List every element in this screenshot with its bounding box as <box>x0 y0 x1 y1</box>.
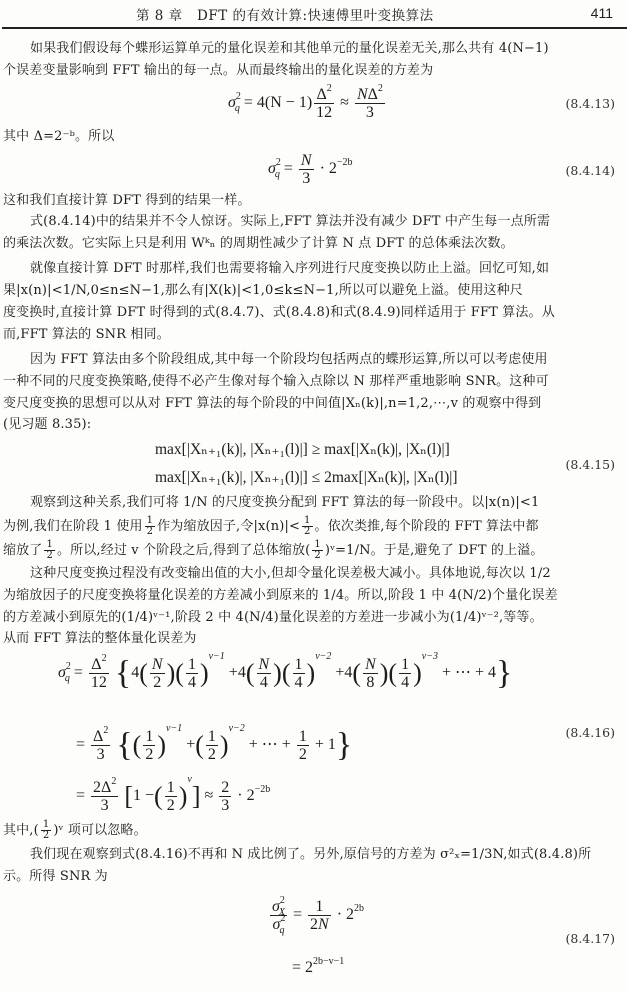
paragraph-line: 如果我们假设每个蝶形运算单元的量化误差和其他单元的量化误差无关,那么共有 4(N… <box>30 39 549 59</box>
page-number: 411 <box>591 5 613 21</box>
paragraph-line: 这种尺度变换过程没有改变输出值的大小,但却令量化误差极大减小。具体地说,每次以 … <box>30 564 551 584</box>
fraction: NΔ23 <box>355 86 385 121</box>
equation-number: (8.4.16) <box>565 725 615 740</box>
fraction-one-half: 12 <box>302 516 313 537</box>
paragraph-line: 为缩放因子的尺度变换将量化误差的方差减小到原来的 1/4。所以,阶段 1 中 4… <box>3 586 558 606</box>
paragraph-line: 观察到这种关系,我们可将 1/N 的尺度变换分配到 FFT 算法的每一阶段中。以… <box>30 493 539 513</box>
paragraph-line: 这和我们直接计算 DFT 得到的结果一样。 <box>3 191 251 211</box>
paragraph-line: 为例,我们在阶段 1 使用12作为缩放因子,令|x(n)|<12。依次类推,每个… <box>3 516 539 537</box>
paragraph-line: 一种不同的尺度变换策略,使得不必产生像对每个输入点除以 N 那样严重地影响 SN… <box>3 372 549 392</box>
chapter-title: 第 8 章 DFT 的有效计算:快速傅里叶变换算法 <box>136 4 434 24</box>
paragraph-line: 而,FFT 算法的 SNR 相同。 <box>3 325 170 345</box>
equation-8-4-16-line-2: = Δ23 {(12)v−1 +(12)v−2 + ⋯ + 12 + 1} <box>76 728 352 763</box>
fraction-one-half: 12 <box>41 820 52 841</box>
paragraph-line: 其中,(12)ᵛ 项可以忽略。 <box>3 820 147 841</box>
paragraph-line: 变尺度变换的思想可以从对 FFT 算法的每个阶段的中间值|Xₙ(k)|,n=1,… <box>3 394 541 414</box>
fraction: N3 <box>299 152 314 187</box>
equation-number: (8.4.13) <box>565 96 615 111</box>
equation-8-4-16-line-1: σ2q = Δ212 {4(N2)(14)v−1 +4(N4)(14)v−2 +… <box>58 656 512 691</box>
paragraph-line: 就像直接计算 DFT 时那样,我们也需要将输入序列进行尺度变换以防止上溢。回忆可… <box>30 259 549 279</box>
chapter-heading: DFT 的有效计算:快速傅里叶变换算法 <box>197 8 434 24</box>
paragraph-line: 果|x(n)|<1/N,0≤n≤N−1,那么有|X(k)|<1,0≤k≤N−1,… <box>3 281 523 301</box>
paragraph-line: 示。所得 SNR 为 <box>3 867 108 887</box>
equation-8-4-15-line-1: max[|Xₙ₊₁(k)|, |Xₙ₊₁(l)|] ≥ max[|Xₙ(k)|,… <box>155 440 450 460</box>
chapter-label: 第 8 章 <box>136 8 183 24</box>
paragraph-line: 其中 Δ=2⁻ᵇ。所以 <box>3 127 114 147</box>
paragraph-line: 的乘法次数。它实际上只是利用 Wᵏₙ 的周期性减少了计算 N 点 DFT 的总体… <box>3 234 514 254</box>
equation-number: (8.4.15) <box>565 457 615 472</box>
running-header: 第 8 章 DFT 的有效计算:快速傅里叶变换算法 411 <box>0 4 627 26</box>
equation-8-4-14: σ2q = N3 · 2−2b <box>268 152 353 187</box>
equation-8-4-15-line-2: max[|Xₙ₊₁(k)|, |Xₙ₊₁(l)|] ≤ 2max[|Xₙ(k)|… <box>155 468 458 488</box>
header-divider <box>2 27 627 29</box>
equation-8-4-17-line-1: σ2Xσ2q = 12N · 22b <box>268 898 364 933</box>
paragraph-line: 式(8.4.14)中的结果并不令人惊讶。实际上,FFT 算法并没有减少 DFT … <box>30 212 550 232</box>
fraction-one-half: 12 <box>145 516 156 537</box>
document-page: 第 8 章 DFT 的有效计算:快速傅里叶变换算法 411 如果我们假设每个蝶形… <box>0 0 627 991</box>
fraction-one-half: 12 <box>312 540 323 561</box>
paragraph-line: 我们现在观察到式(8.4.16)不再和 N 成比例了。另外,原信号的方差为 σ²… <box>30 845 591 865</box>
fraction-one-half: 12 <box>44 540 55 561</box>
equation-number: (8.4.14) <box>565 163 615 178</box>
paragraph-line: 个误差变量影响到 FFT 输出的每一点。从而最终输出的量化误差的方差为 <box>3 61 433 81</box>
fraction: Δ212 <box>314 86 334 121</box>
equation-number: (8.4.17) <box>565 931 615 946</box>
equation-8-4-16-line-3: = 2Δ23 [1 −(12)v] ≈ 23 · 2−2b <box>76 779 270 814</box>
equation-8-4-17-line-2: = 22b−v−1 <box>292 958 344 978</box>
paragraph-line: 从而 FFT 算法的整体量化误差为 <box>3 629 197 649</box>
paragraph-line: 缩放了12。所以,经过 v 个阶段之后,得到了总体缩放(12)ᵛ=1/N。于是,… <box>3 540 544 561</box>
equation-8-4-13: σ2q = 4(N − 1)Δ212 ≈ NΔ23 <box>228 86 387 121</box>
paragraph-line: 度变换时,直接计算 DFT 时得到的式(8.4.7)、式(8.4.8)和式(8.… <box>3 303 555 323</box>
paragraph-line: 的方差减小到原先的(1/4)ᵛ⁻¹,阶段 2 中 4(N/4)量化误差的方差进一… <box>3 608 543 628</box>
paragraph-line: 因为 FFT 算法由多个阶段组成,其中每一个阶段均包括两点的蝶形运算,所以可以考… <box>30 350 548 370</box>
paragraph-line: (见习题 8.35): <box>3 415 91 435</box>
